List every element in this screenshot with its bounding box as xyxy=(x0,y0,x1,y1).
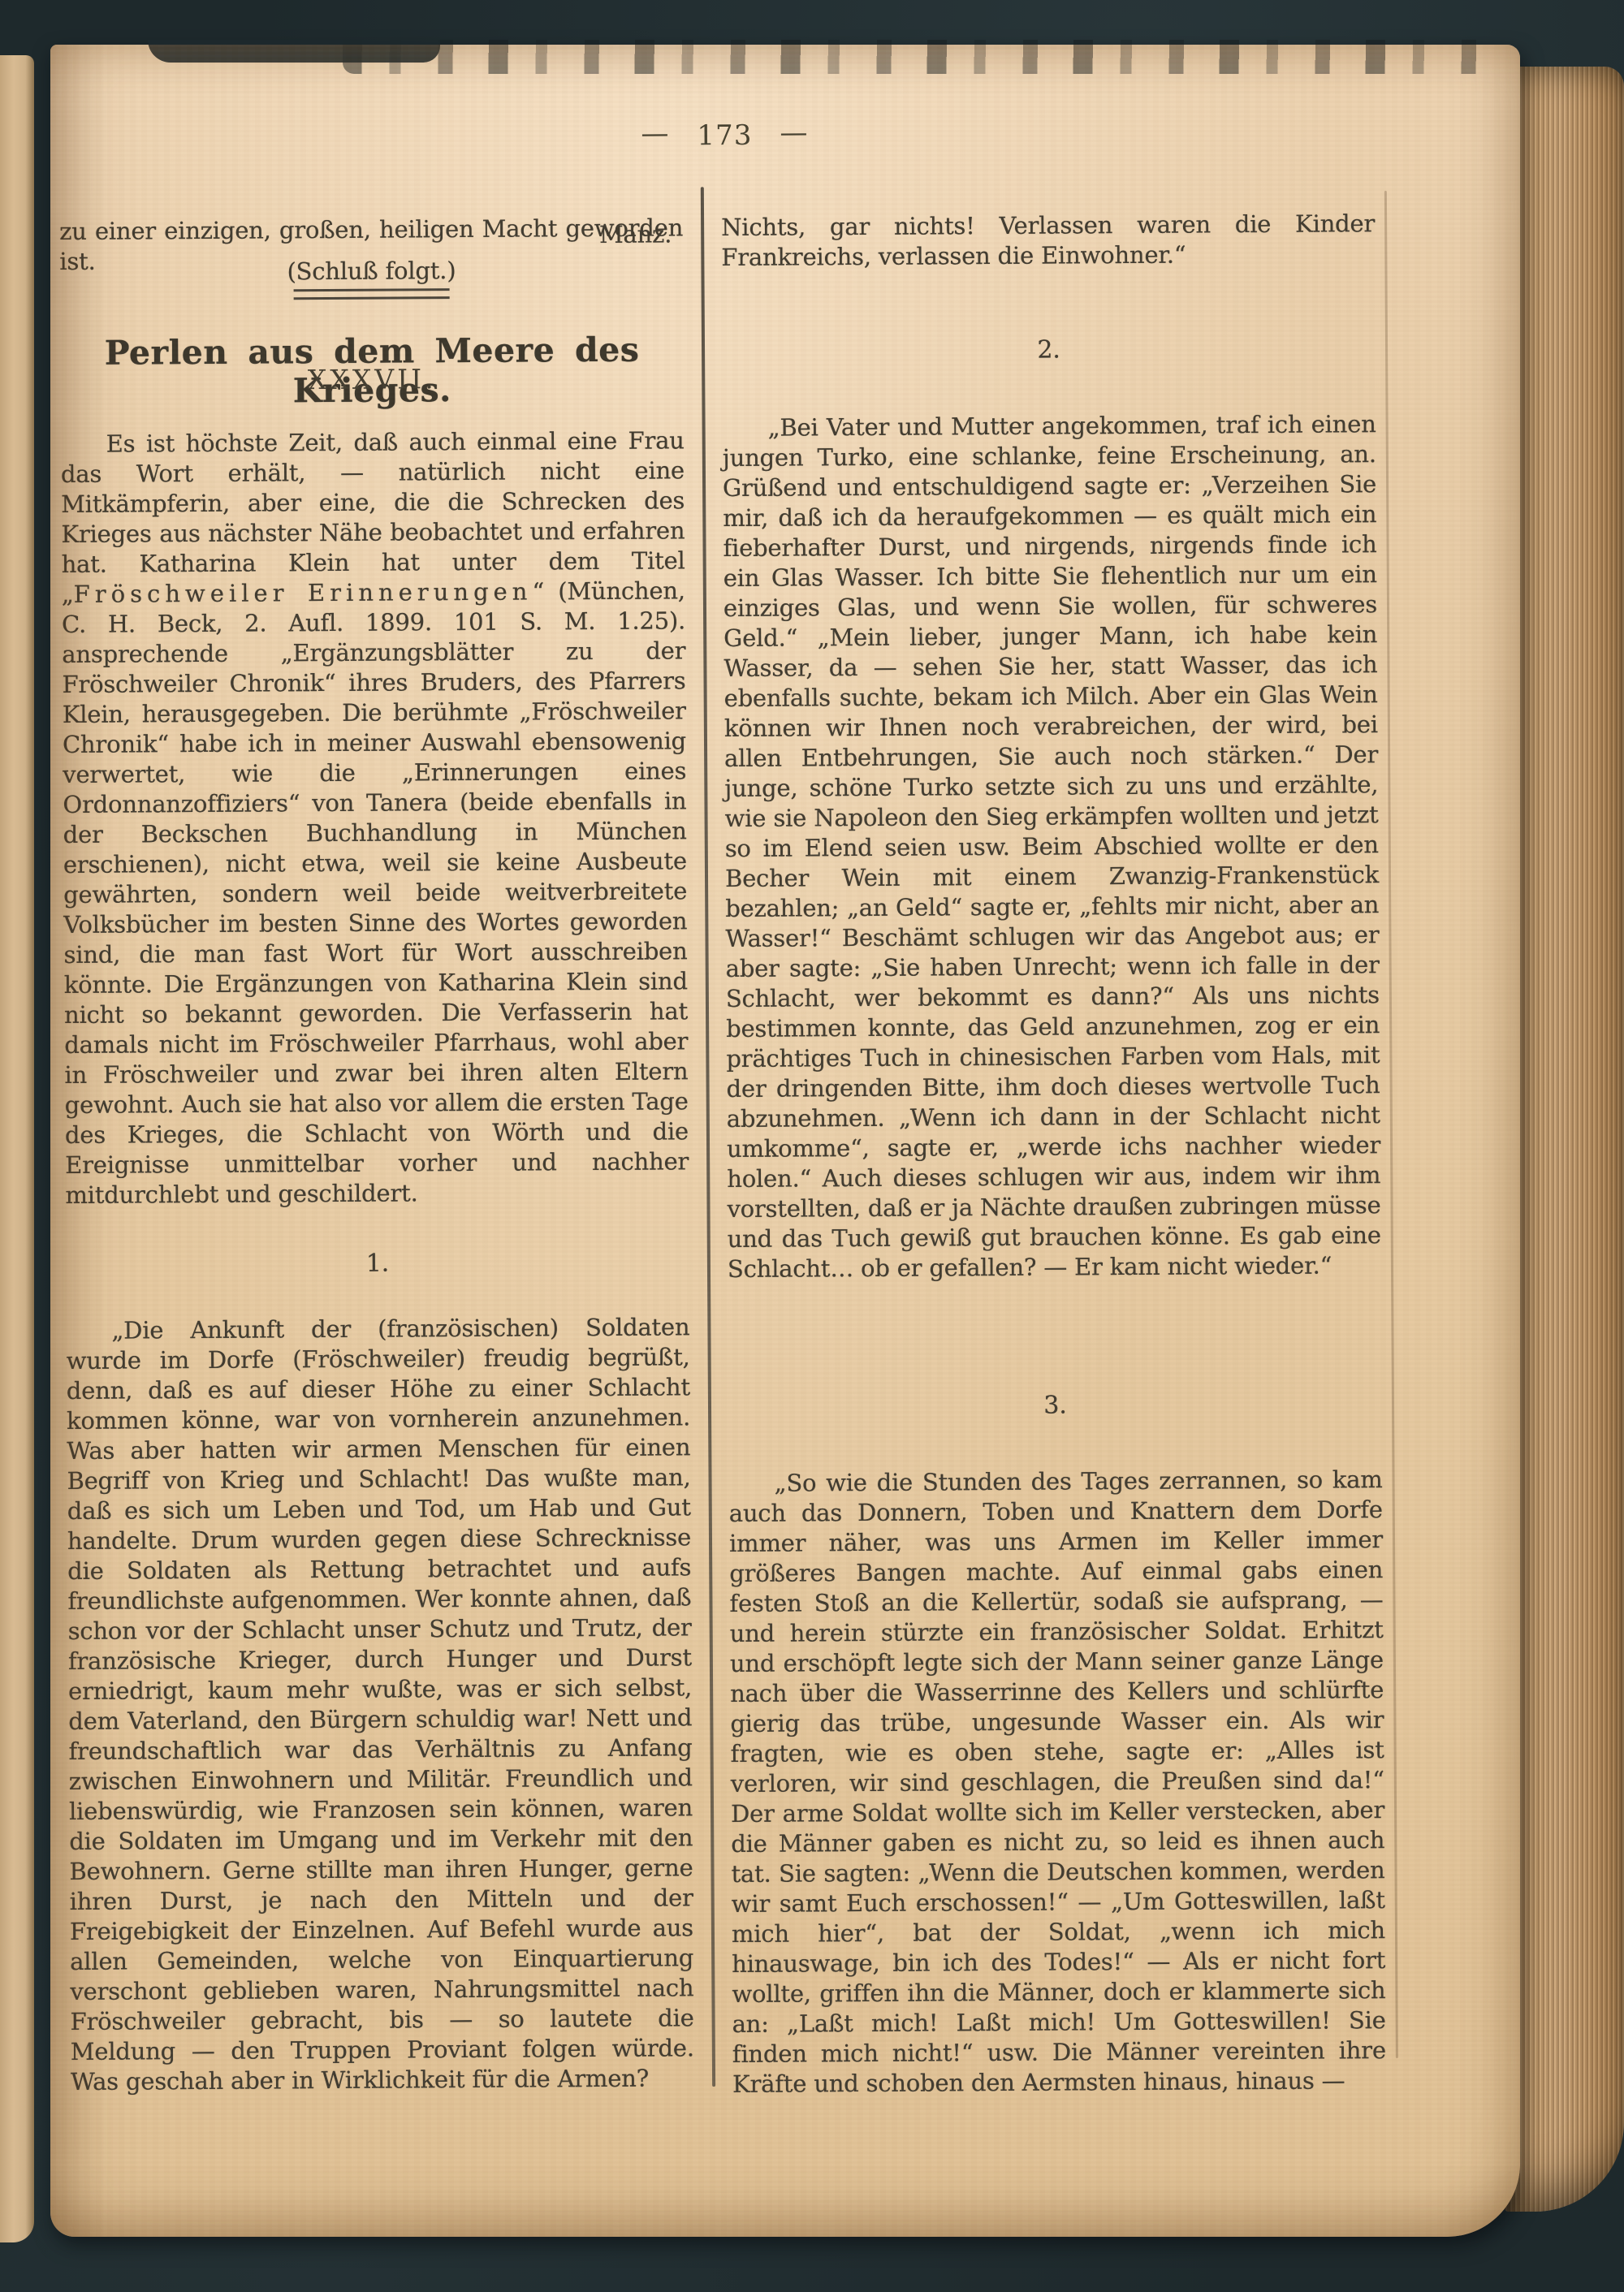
section-3-paragraph: „So wie die Stunden des Tages zerrannen,… xyxy=(728,1465,1386,2100)
book-photo: — 173 — zu einer einzigen, großen, heili… xyxy=(0,0,1624,2292)
left-column: zu einer einzigen, großen, heiligen Mach… xyxy=(59,189,683,193)
page-header: — 173 — xyxy=(58,115,1390,156)
intro-text-after: “ (München, C. H. Beck, 2. Aufl. 1899. 1… xyxy=(62,576,689,1209)
facing-page-edge xyxy=(0,55,34,2242)
book-page: — 173 — zu einer einzigen, großen, heili… xyxy=(50,45,1520,2237)
section-1-number: 1. xyxy=(66,1246,689,1280)
chapter-number: XXXVII. xyxy=(60,361,684,397)
section-1-paragraph-continued: Nichts, gar nichts! Verlassen waren die … xyxy=(721,209,1375,273)
section-1-paragraph: „Die Ankunft der (französischen) Soldate… xyxy=(66,1312,694,2097)
page-stack-fore-edge xyxy=(1504,67,1624,2212)
page-edge-crease xyxy=(1384,191,1398,2058)
header-dash-right: — xyxy=(780,116,808,149)
book-title-spaced: Fröschweiler Erinnerungen xyxy=(74,577,533,607)
closing-note: (Schluß folgt.) xyxy=(59,254,683,288)
page-number: 173 xyxy=(697,119,752,152)
section-2-number: 2. xyxy=(722,333,1376,367)
article-intro-paragraph: Es ist höchste Zeit, daß auch einmal ein… xyxy=(61,425,689,1211)
section-3-number: 3. xyxy=(728,1388,1382,1422)
column-divider-rule xyxy=(701,187,715,2087)
author-signature: Manz. xyxy=(599,219,672,250)
printed-text-block: — 173 — zu einer einzigen, großen, heili… xyxy=(58,41,1403,2241)
header-dash-left: — xyxy=(641,117,669,149)
closing-double-rule xyxy=(294,288,450,300)
section-2-paragraph: „Bei Vater und Mutter angekommen, traf i… xyxy=(723,409,1382,1284)
right-column: Nichts, gar nichts! Verlassen waren die … xyxy=(721,185,1375,189)
